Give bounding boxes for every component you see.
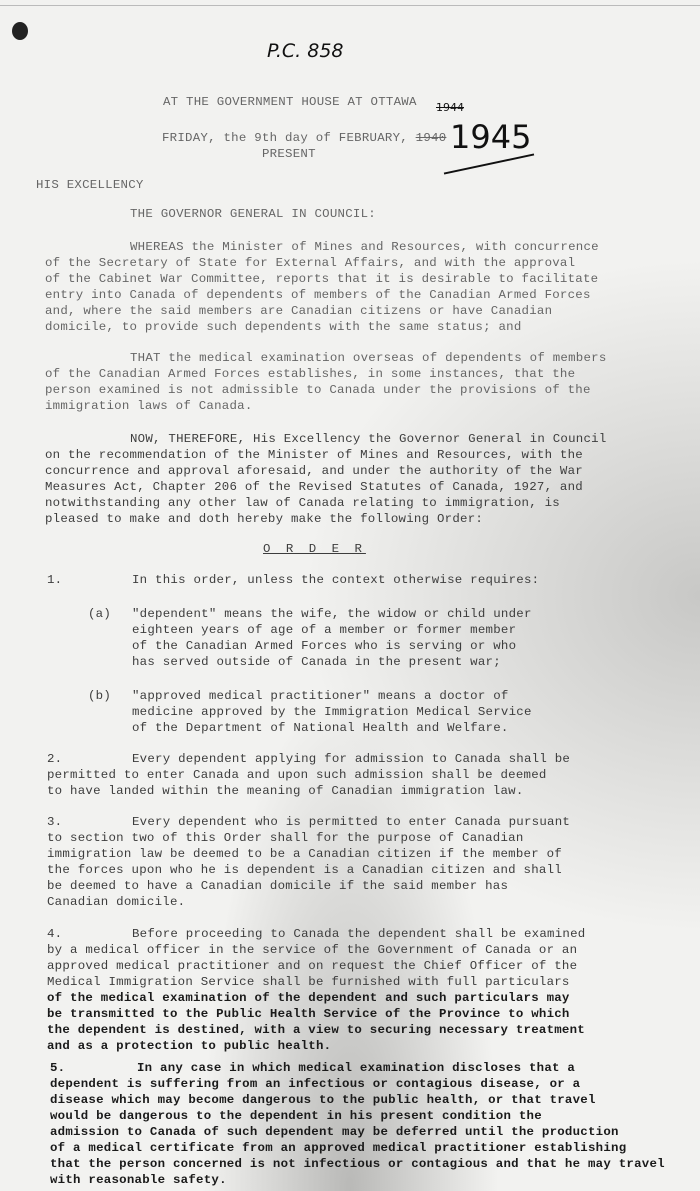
text-line: Before proceeding to Canada the dependen… <box>132 927 585 941</box>
text-line: and as a protection to public health. <box>47 1039 331 1053</box>
text-line: WHEREAS the Minister of Mines and Resour… <box>130 240 599 254</box>
text-line: be deemed to have a Canadian domicile if… <box>47 879 508 893</box>
text-line: eighteen years of age of a member or for… <box>132 623 516 637</box>
text-line: medicine approved by the Immigration Med… <box>132 705 532 719</box>
handwritten-year: 1945 <box>450 118 531 156</box>
text-line: of the Secretary of State for External A… <box>45 256 575 270</box>
section-number: 4. <box>47 927 62 941</box>
text-line: the forces upon who he is dependent is a… <box>47 863 562 877</box>
header-date: FRIDAY, the 9th day of FEBRUARY, 1940 <box>162 131 446 145</box>
text-line: immigration laws of Canada. <box>45 399 253 413</box>
text-line: on the recommendation of the Minister of… <box>45 448 583 462</box>
handwritten-underline <box>444 153 534 174</box>
text-line: Medical Immigration Service shall be fur… <box>47 975 570 989</box>
scanned-document-page: P.C. 858 1944 1945 AT THE GOVERNMENT HOU… <box>0 0 700 1191</box>
text-line: Every dependent applying for admission t… <box>132 752 570 766</box>
text-line: disease which may become dangerous to th… <box>50 1093 596 1107</box>
text-line: Measures Act, Chapter 206 of the Revised… <box>45 480 583 494</box>
text-line: Canadian domicile. <box>47 895 185 909</box>
text-line: by a medical officer in the service of t… <box>47 943 577 957</box>
header-present: PRESENT <box>262 147 316 161</box>
section-intro: In this order, unless the context otherw… <box>132 573 539 587</box>
text-line: has served outside of Canada in the pres… <box>132 655 501 669</box>
text-line: THAT the medical examination overseas of… <box>130 351 607 365</box>
section-number: 2. <box>47 752 62 766</box>
text-line: with reasonable safety. <box>50 1173 227 1187</box>
text-line: dependent is suffering from an infectiou… <box>50 1077 580 1091</box>
text-line: NOW, THEREFORE, His Excellency the Gover… <box>130 432 607 446</box>
section-number: 5. <box>50 1061 65 1075</box>
text-line: In any case in which medical examination… <box>137 1061 575 1075</box>
text-line: person examined is not admissible to Can… <box>45 383 591 397</box>
header-date-struck-year: 1940 <box>416 131 447 145</box>
text-line: to section two of this Order shall for t… <box>47 831 524 845</box>
clause-label: (a) <box>88 607 111 621</box>
text-line: entry into Canada of dependents of membe… <box>45 288 591 302</box>
text-line: of the Canadian Armed Forces who is serv… <box>132 639 516 653</box>
header-council: THE GOVERNOR GENERAL IN COUNCIL: <box>130 207 376 221</box>
text-line: of the medical examination of the depend… <box>47 991 570 1005</box>
text-line: would be dangerous to the dependent in h… <box>50 1109 542 1123</box>
text-line: domicile, to provide such dependents wit… <box>45 320 522 334</box>
clause-label: (b) <box>88 689 111 703</box>
text-line: of the Canadian Armed Forces establishes… <box>45 367 575 381</box>
text-line: that the person concerned is not infecti… <box>50 1157 665 1171</box>
section-number: 3. <box>47 815 62 829</box>
text-line: admission to Canada of such dependent ma… <box>50 1125 619 1139</box>
text-line: concurrence and approval aforesaid, and … <box>45 464 583 478</box>
text-line: of a medical certificate from an approve… <box>50 1141 626 1155</box>
text-line: approved medical practitioner and on req… <box>47 959 577 973</box>
text-line: "approved medical practitioner" means a … <box>132 689 509 703</box>
text-line: pleased to make and doth hereby make the… <box>45 512 483 526</box>
text-line: and, where the said members are Canadian… <box>45 304 552 318</box>
order-heading: O R D E R <box>263 542 366 556</box>
punch-hole-mark <box>12 22 28 40</box>
text-line: the dependent is destined, with a view t… <box>47 1023 585 1037</box>
text-line: to have landed within the meaning of Can… <box>47 784 524 798</box>
text-line: Every dependent who is permitted to ente… <box>132 815 570 829</box>
text-line: "dependent" means the wife, the widow or… <box>132 607 532 621</box>
text-line: of the Cabinet War Committee, reports th… <box>45 272 598 286</box>
text-line: be transmitted to the Public Health Serv… <box>47 1007 570 1021</box>
section-number: 1. <box>47 573 62 587</box>
handwritten-pc-number: P.C. 858 <box>267 40 344 62</box>
page-top-edge <box>0 5 700 6</box>
text-line: notwithstanding any other law of Canada … <box>45 496 560 510</box>
handwritten-struck-year: 1944 <box>436 101 464 114</box>
text-line: immigration law be deemed to be a Canadi… <box>47 847 562 861</box>
header-his-excellency: HIS EXCELLENCY <box>36 178 144 192</box>
text-line: permitted to enter Canada and upon such … <box>47 768 547 782</box>
text-line: of the Department of National Health and… <box>132 721 509 735</box>
header-location: AT THE GOVERNMENT HOUSE AT OTTAWA <box>163 95 417 109</box>
header-date-text: FRIDAY, the 9th day of FEBRUARY, <box>162 131 408 145</box>
